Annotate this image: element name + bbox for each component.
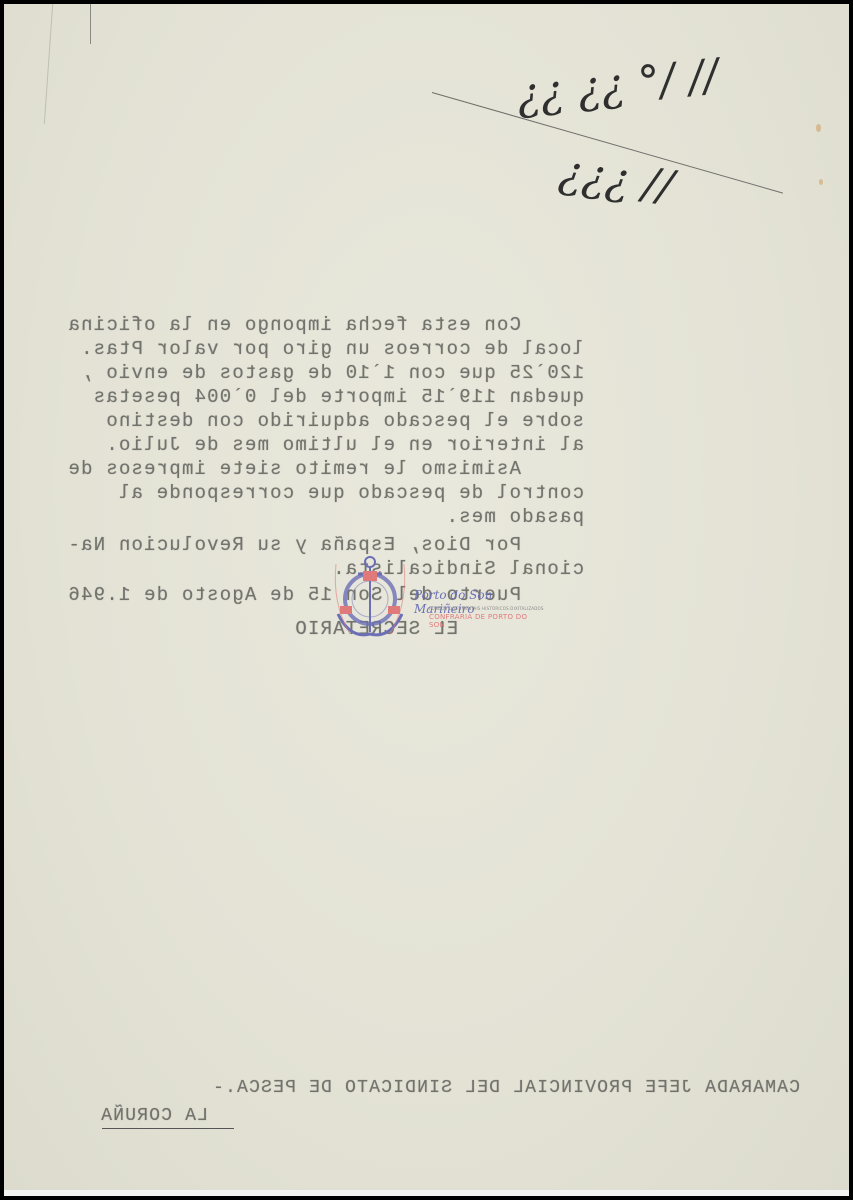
fold-crease	[90, 4, 91, 44]
addressee-line-1: CAMARADA JEFE PROVINCIAL DEL SINDICATO D…	[100, 1078, 800, 1098]
addressee-underline	[102, 1128, 234, 1129]
addressee-line-2: LA CORUÑA	[100, 1106, 240, 1126]
body-line: al interior en el ultimo mes de Julio.	[24, 434, 584, 456]
body-line: sobre el pescado adquirido con destino	[24, 410, 584, 432]
body-line: 120`25 que con 1`10 de gastos de envio ,	[24, 362, 584, 384]
body-line: pasado mes.	[24, 506, 584, 528]
watermark-brand: Porto do Son Mariñeiro	[414, 588, 544, 616]
body-line: local de correos un giro por valor Ptas.	[24, 338, 584, 360]
document-page: ¿¿ ¿¿ °/ // ¿¿¿ // Con esta fecha impong…	[4, 4, 849, 1196]
body-line: Con esta fecha impongo en la oficina	[24, 314, 584, 336]
fold-crease	[44, 4, 53, 124]
watermark-name: CONFRARIA DE PORTO DO SON	[429, 613, 544, 629]
body-line: quedan 119`15 importe del 0`004 pesetas	[24, 386, 584, 408]
body-line: Asimismo le remito siete impresos de	[24, 458, 584, 480]
watermark-subtitle: FONDOS DOCUMENTAIS HISTÓRICOS DIXITALIZA…	[429, 606, 544, 611]
handwritten-note-top: ¿¿ ¿¿ °/ //	[514, 50, 721, 122]
body-line: Por Dios, España y su Revolucion Na-	[24, 534, 584, 556]
anchor-lifebuoy-icon	[330, 554, 410, 649]
watermark-logo: Porto do Son Mariñeiro FONDOS DOCUMENTAI…	[334, 560, 544, 650]
paper-stain	[816, 124, 821, 132]
body-line: control de pescado que corresponde al	[24, 482, 584, 504]
paper-stain	[819, 179, 823, 185]
